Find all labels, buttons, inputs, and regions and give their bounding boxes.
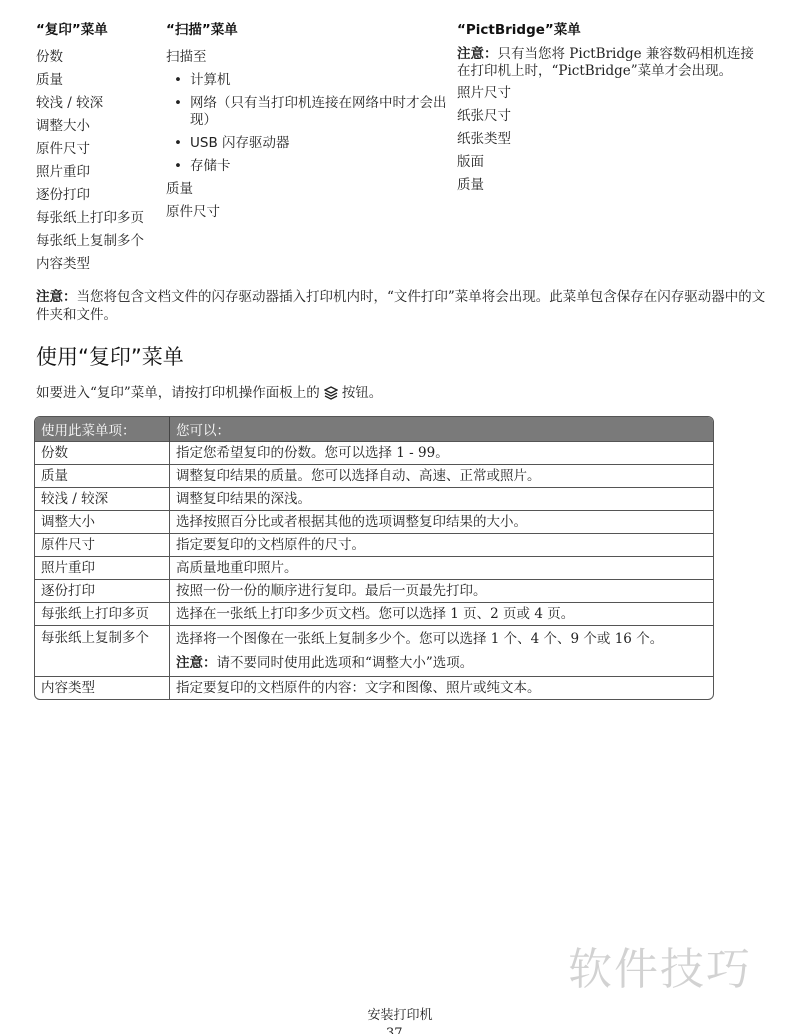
copy-menu-item: 原件尺寸	[36, 138, 166, 161]
row-item: 照片重印	[35, 557, 170, 580]
pictbridge-menu-item: 质量	[457, 174, 767, 197]
intro-text: 按钮。	[342, 385, 383, 401]
row-item: 每张纸上复制多个	[35, 626, 170, 677]
row-description: 指定您希望复印的份数。您可以选择 1 - 99。	[170, 442, 714, 465]
row-description: 选择将一个图像在一张纸上复制多少个。您可以选择 1 个、4 个、9 个或 16 …	[176, 627, 707, 651]
scan-menu-item: 质量	[166, 178, 456, 201]
pictbridge-menu-title: “PictBridge”菜单	[457, 18, 767, 42]
pictbridge-note: 注意：只有当您将 PictBridge 兼容数码相机连接在打印机上时，“Pict…	[457, 46, 767, 80]
table-row: 质量 调整复印结果的质量。您可以选择自动、高速、正常或照片。	[35, 465, 713, 488]
row-description: 指定要复印的文档原件的尺寸。	[170, 534, 714, 557]
row-item: 较浅 / 较深	[35, 488, 170, 511]
copy-menu-table: 使用此菜单项： 您可以： 份数 指定您希望复印的份数。您可以选择 1 - 99。…	[34, 416, 714, 700]
pictbridge-menu-item: 纸张尺寸	[457, 105, 767, 128]
intro-text: 如要进入“复印”菜单，请按打印机操作面板上的	[36, 385, 320, 401]
note-label: 注意：	[36, 289, 77, 305]
table-row: 每张纸上打印多页 选择在一张纸上打印多少页文档。您可以选择 1 页、2 页或 4…	[35, 603, 713, 626]
copy-menu-item: 每张纸上打印多页	[36, 207, 166, 230]
note-label: 注意：	[457, 46, 498, 62]
copy-button-icon	[324, 386, 338, 405]
scan-menu-title: “扫描”菜单	[166, 18, 456, 42]
scan-destination-item: 计算机	[166, 69, 456, 92]
section-title: 使用“复印”菜单	[36, 342, 184, 372]
table-row: 原件尺寸 指定要复印的文档原件的尺寸。	[35, 534, 713, 557]
row-description: 按照一份一份的顺序进行复印。最后一页最先打印。	[170, 580, 714, 603]
row-note: 注意：请不要同时使用此选项和“调整大小”选项。	[176, 651, 707, 675]
note-label: 注意：	[176, 655, 217, 671]
row-description: 选择在一张纸上打印多少页文档。您可以选择 1 页、2 页或 4 页。	[170, 603, 714, 626]
copy-menu-item: 照片重印	[36, 161, 166, 184]
copy-menu-item: 逐份打印	[36, 184, 166, 207]
row-item: 逐份打印	[35, 580, 170, 603]
pictbridge-menu-column: “PictBridge”菜单 注意：只有当您将 PictBridge 兼容数码相…	[457, 18, 767, 197]
section-intro: 如要进入“复印”菜单，请按打印机操作面板上的按钮。	[36, 384, 382, 405]
scan-to-label: 扫描至	[166, 46, 456, 69]
copy-menu-title: “复印”菜单	[36, 18, 166, 42]
column-header-description: 您可以：	[170, 417, 714, 442]
copy-menu-item: 较浅 / 较深	[36, 92, 166, 115]
pictbridge-menu-item: 照片尺寸	[457, 82, 767, 105]
row-item: 原件尺寸	[35, 534, 170, 557]
scan-destination-item: USB 闪存驱动器	[166, 132, 456, 155]
watermark: 软件技巧	[568, 942, 752, 998]
page-number: 37	[386, 1026, 416, 1034]
table-row: 每张纸上复制多个 选择将一个图像在一张纸上复制多少个。您可以选择 1 个、4 个…	[35, 626, 713, 677]
row-description: 高质量地重印照片。	[170, 557, 714, 580]
row-description: 调整复印结果的质量。您可以选择自动、高速、正常或照片。	[170, 465, 714, 488]
scan-menu-column: “扫描”菜单 扫描至 计算机 网络（只有当打印机连接在网络中时才会出现） USB…	[166, 18, 456, 224]
table-row: 较浅 / 较深 调整复印结果的深浅。	[35, 488, 713, 511]
scan-destination-item: 存储卡	[166, 155, 456, 178]
table-row: 照片重印 高质量地重印照片。	[35, 557, 713, 580]
table-row: 调整大小 选择按照百分比或者根据其他的选项调整复印结果的大小。	[35, 511, 713, 534]
pictbridge-menu-item: 版面	[457, 151, 767, 174]
copy-menu-item: 份数	[36, 46, 166, 69]
note-text: 只有当您将 PictBridge 兼容数码相机连接在打印机上时，“PictBri…	[457, 46, 754, 79]
scan-menu-item: 原件尺寸	[166, 201, 456, 224]
row-description: 调整复印结果的深浅。	[170, 488, 714, 511]
copy-menu-item: 每张纸上复制多个	[36, 230, 166, 253]
table-row: 份数 指定您希望复印的份数。您可以选择 1 - 99。	[35, 442, 713, 465]
copy-menu-item: 质量	[36, 69, 166, 92]
table-header-row: 使用此菜单项： 您可以：	[35, 417, 713, 442]
row-item: 调整大小	[35, 511, 170, 534]
row-item: 份数	[35, 442, 170, 465]
row-item: 质量	[35, 465, 170, 488]
row-description: 指定要复印的文档原件的内容：文字和图像、照片或纯文本。	[170, 677, 714, 700]
table-row: 内容类型 指定要复印的文档原件的内容：文字和图像、照片或纯文本。	[35, 677, 713, 700]
pictbridge-menu-item: 纸张类型	[457, 128, 767, 151]
row-item: 每张纸上打印多页	[35, 603, 170, 626]
table-row: 逐份打印 按照一份一份的顺序进行复印。最后一页最先打印。	[35, 580, 713, 603]
file-print-note: 注意：当您将包含文档文件的闪存驱动器插入打印机内时，“文件打印”菜单将会出现。此…	[36, 288, 766, 324]
row-item: 内容类型	[35, 677, 170, 700]
row-description-cell: 选择将一个图像在一张纸上复制多少个。您可以选择 1 个、4 个、9 个或 16 …	[170, 626, 714, 677]
row-description: 选择按照百分比或者根据其他的选项调整复印结果的大小。	[170, 511, 714, 534]
scan-destination-item: 网络（只有当打印机连接在网络中时才会出现）	[166, 95, 450, 129]
note-text: 当您将包含文档文件的闪存驱动器插入打印机内时，“文件打印”菜单将会出现。此菜单包…	[36, 289, 765, 323]
copy-menu-column: “复印”菜单 份数 质量 较浅 / 较深 调整大小 原件尺寸 照片重印 逐份打印…	[36, 18, 166, 276]
copy-menu-item: 内容类型	[36, 253, 166, 276]
copy-menu-item: 调整大小	[36, 115, 166, 138]
note-text: 请不要同时使用此选项和“调整大小”选项。	[217, 655, 474, 671]
column-header-item: 使用此菜单项：	[35, 417, 170, 442]
footer-chapter: 安装打印机	[0, 1004, 800, 1023]
